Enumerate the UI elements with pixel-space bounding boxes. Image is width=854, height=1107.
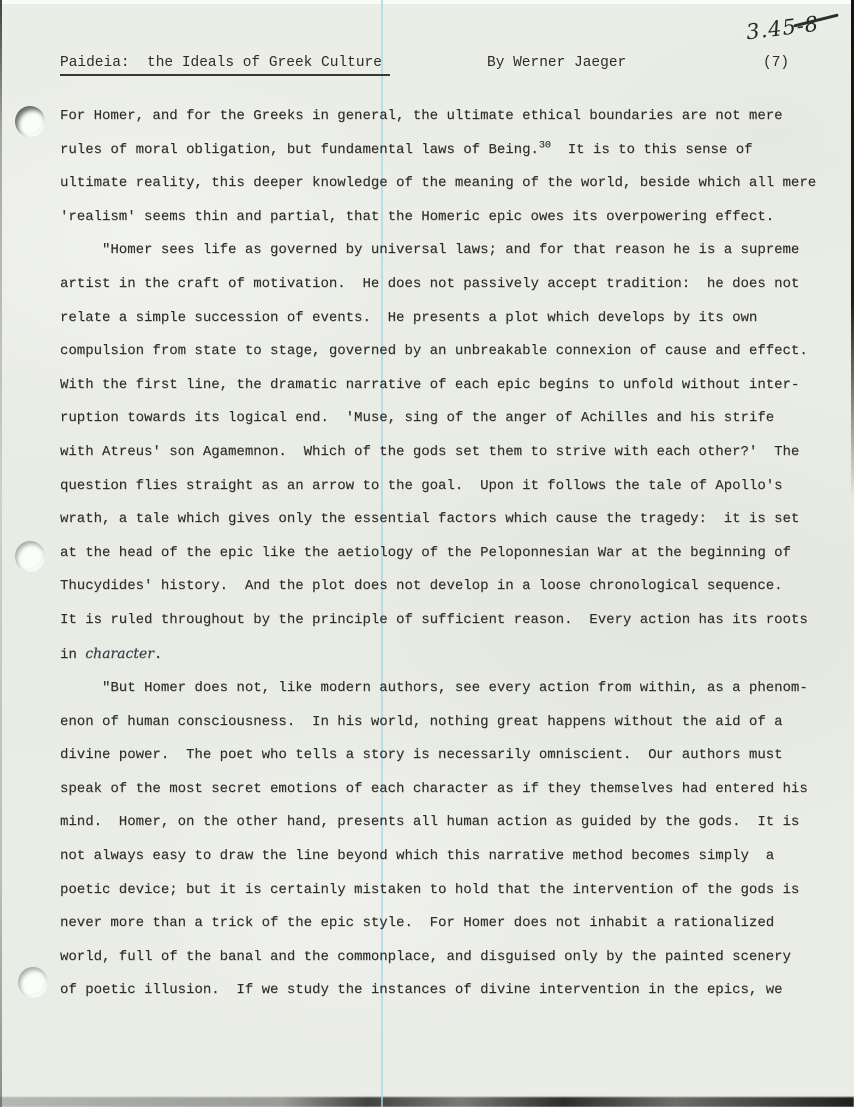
page-title: Paideia: the Ideals of Greek Culture [60,55,390,76]
scanned-document-page: 3.45-8 Paideia: the Ideals of Greek Cult… [0,0,854,1107]
text-line: at the head of the epic like the aetiolo… [60,537,835,571]
text-line: question flies straight as an arrow to t… [60,470,835,504]
body-text: For Homer, and for the Greeks in general… [60,100,835,1008]
text-segment: in [60,647,85,663]
text-line: 'realism' seems thin and partial, that t… [60,201,835,235]
text-line: For Homer, and for the Greeks in general… [60,100,835,134]
text-line: in character. [60,638,835,673]
punch-hole [18,967,48,998]
text-line: It is ruled throughout by the principle … [60,604,835,638]
text-line: rules of moral obligation, but fundament… [60,134,835,168]
handwritten-note: 3.45-8 [745,12,821,45]
punch-hole [15,106,45,137]
text-line: relate a simple succession of events. He… [60,302,835,336]
text-line: With the first line, the dramatic narrat… [60,369,835,403]
text-line: divine power. The poet who tells a story… [60,739,835,773]
text-line: speak of the most secret emotions of eac… [60,773,835,807]
text-line: world, full of the banal and the commonp… [60,941,835,975]
page-number: (7) [763,55,789,71]
text-line: of poetic illusion. If we study the inst… [60,974,835,1008]
scan-edge-bottom-smudge [0,1097,854,1107]
text-line: enon of human consciousness. In his worl… [60,706,835,740]
text-line: ruption towards its logical end. 'Muse, … [60,402,835,436]
text-line: ultimate reality, this deeper knowledge … [60,167,835,201]
text-line: poetic device; but it is certainly mista… [60,874,835,908]
text-segment: rules of moral obligation, but fundament… [60,142,539,158]
text-line: compulsion from state to stage, governed… [60,335,835,369]
text-line: wrath, a tale which gives only the essen… [60,503,835,537]
text-line: mind. Homer, on the other hand, presents… [60,806,835,840]
footnote-reference-30: 30 [539,140,551,151]
italic-word-character: character [85,646,154,662]
text-segment: It is to this sense of [551,142,753,158]
scan-edge-left [0,0,2,1107]
text-line: "Homer sees life as governed by universa… [60,234,835,268]
text-line: with Atreus' son Agamemnon. Which of the… [60,436,835,470]
text-line: artist in the craft of motivation. He do… [60,268,835,302]
text-line: "But Homer does not, like modern authors… [60,672,835,706]
text-line: not always easy to draw the line beyond … [60,840,835,874]
text-line: never more than a trick of the epic styl… [60,907,835,941]
punch-hole [15,541,45,572]
scan-edge-top [0,0,854,4]
text-segment: . [154,647,162,663]
text-line: Thucydides' history. And the plot does n… [60,570,835,604]
byline: By Werner Jaeger [487,55,626,71]
